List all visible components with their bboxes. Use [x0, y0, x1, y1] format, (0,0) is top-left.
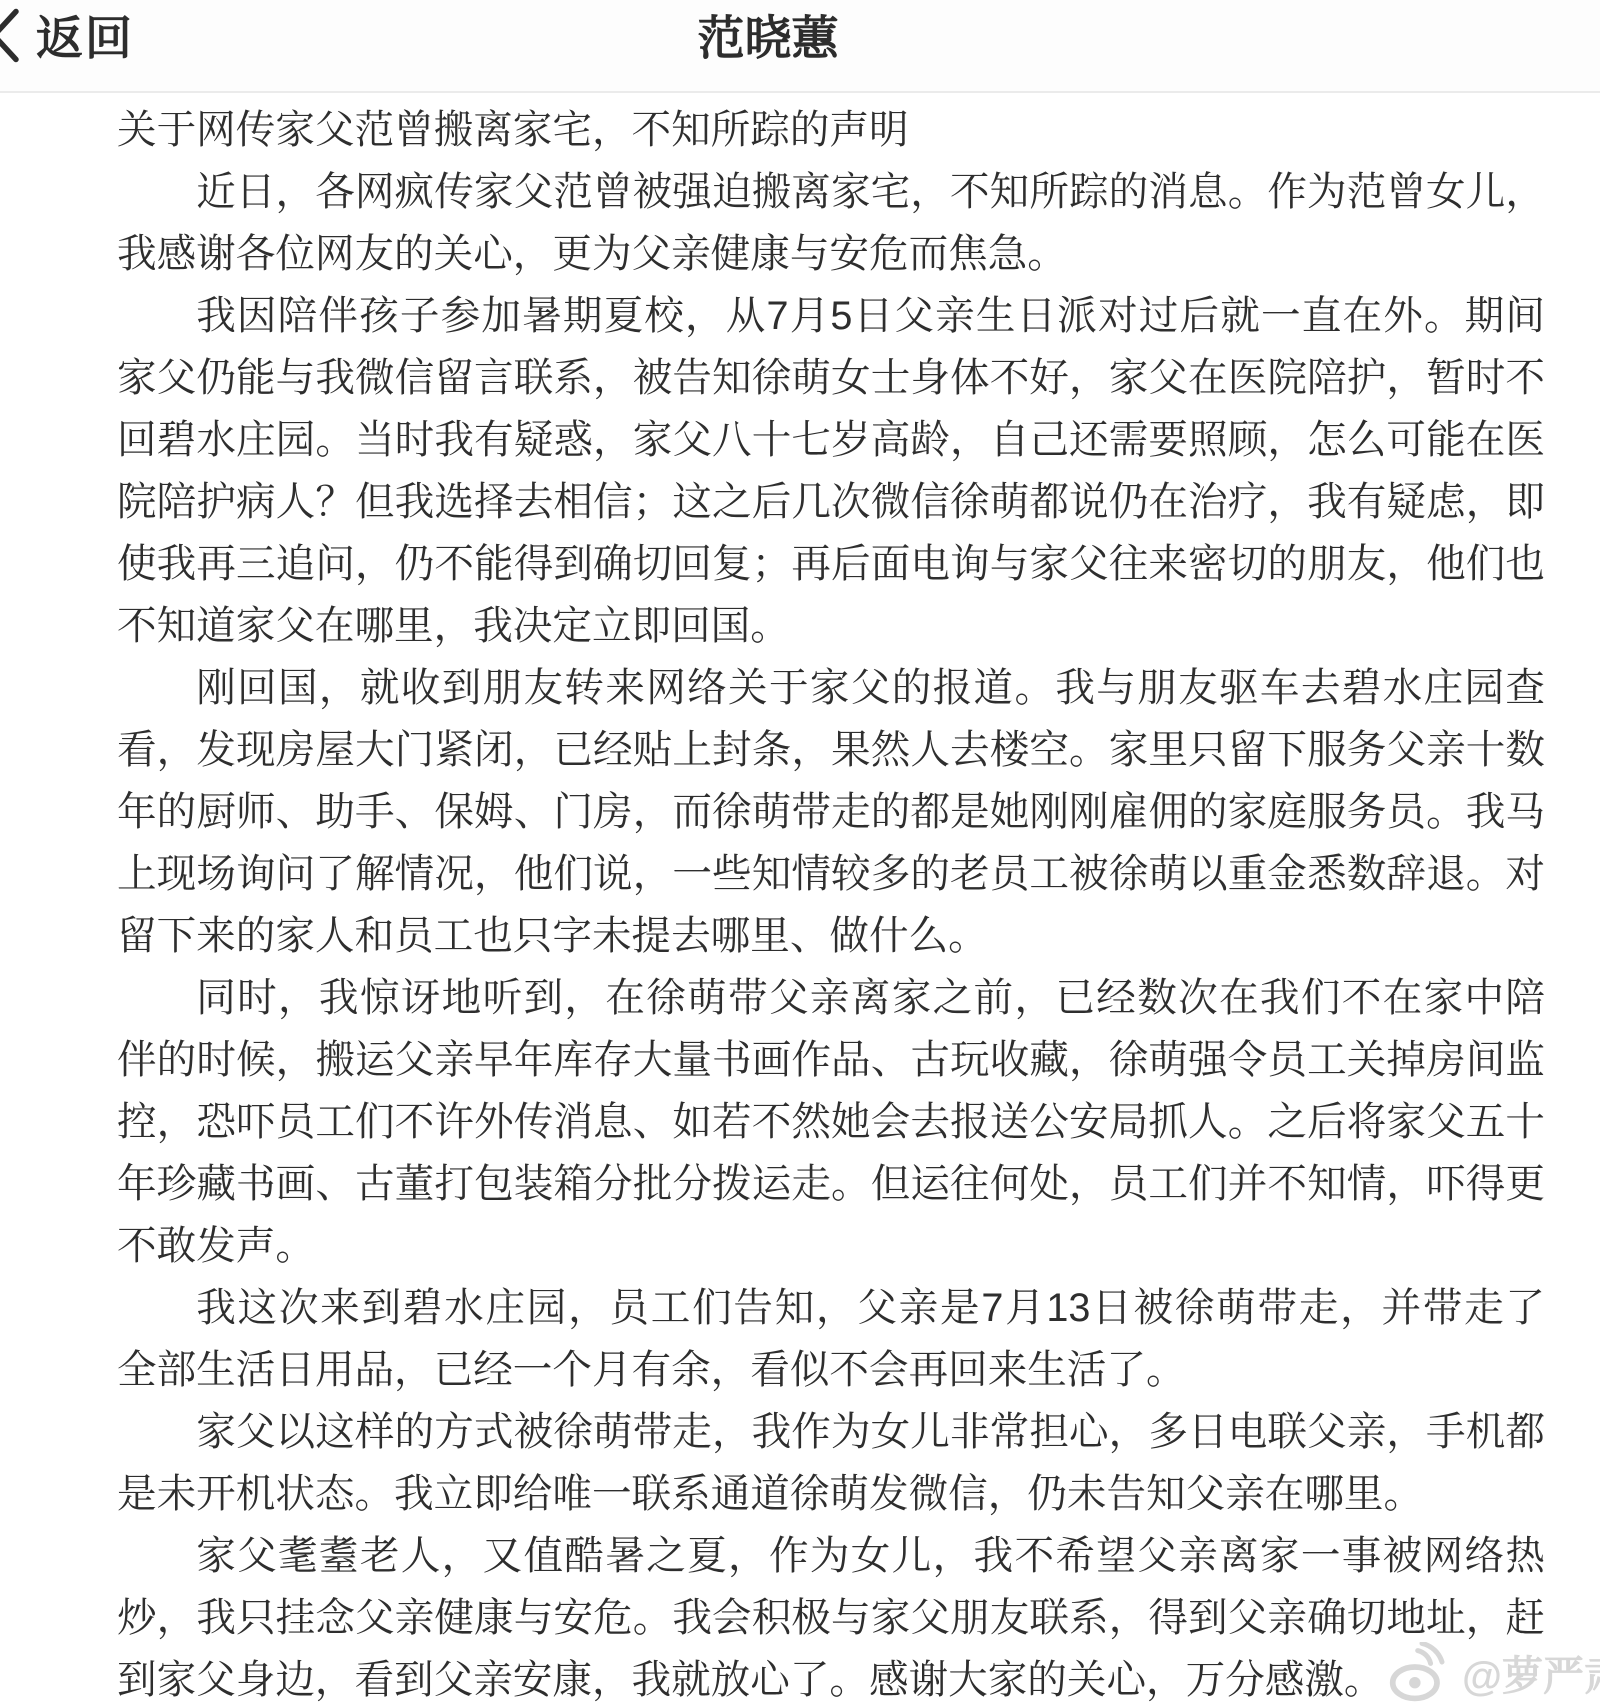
- article-line: 年珍藏书画、古董打包装箱分批分拨运走。但运往何处，员工们并不知情，吓得更: [117, 1153, 1545, 1215]
- back-label: 返回: [36, 2, 134, 69]
- article-line: 家父以这样的方式被徐萌带走，我作为女儿非常担心，多日电联父亲，手机都: [117, 1401, 1545, 1463]
- article-line: 不敢发声。: [117, 1215, 1545, 1277]
- article-line: 控，恐吓员工们不许外传消息、如若不然她会去报送公安局抓人。之后将家父五十: [117, 1091, 1545, 1153]
- article-line: 炒，我只挂念父亲健康与安危。我会积极与家父朋友联系，得到父亲确切地址，赶: [117, 1587, 1545, 1649]
- page-title: 范晓蕙: [698, 2, 839, 69]
- watermark-handle: @萝严肃: [1462, 1643, 1600, 1702]
- article-line: 使我再三追问，仍不能得到确切回复；再后面电询与家父往来密切的朋友，他们也: [117, 533, 1545, 595]
- article-line: 我因陪伴孩子参加暑期夏校，从7月5日父亲生日派对过后就一直在外。期间: [117, 285, 1545, 347]
- chevron-left-icon: [0, 6, 24, 64]
- article-line: 不知道家父在哪里，我决定立即回国。: [117, 595, 1545, 657]
- article-line: 家父仍能与我微信留言联系，被告知徐萌女士身体不好，家父在医院陪护，暂时不: [117, 347, 1545, 409]
- article-line: 院陪护病人？但我选择去相信；这之后几次微信徐萌都说仍在治疗，我有疑虑，即: [117, 471, 1545, 533]
- article-line: 全部生活日用品，已经一个月有余，看似不会再回来生活了。: [117, 1339, 1545, 1401]
- article-line: 同时，我惊讶地听到，在徐萌带父亲离家之前，已经数次在我们不在家中陪: [117, 967, 1545, 1029]
- article-line: 近日，各网疯传家父范曾被强迫搬离家宅，不知所踪的消息。作为范曾女儿，: [117, 161, 1545, 223]
- article-paragraphs: 近日，各网疯传家父范曾被强迫搬离家宅，不知所踪的消息。作为范曾女儿，我感谢各位网…: [117, 161, 1546, 1706]
- article: 关于网传家父范曾搬离家宅，不知所踪的声明 近日，各网疯传家父范曾被强迫搬离家宅，…: [0, 93, 1600, 1706]
- watermark: @萝严肃: [1386, 1642, 1600, 1702]
- page: 返回 范晓蕙 关于网传家父范曾搬离家宅，不知所踪的声明 近日，各网疯传家父范曾被…: [0, 0, 1600, 1706]
- article-line: 伴的时候，搬运父亲早年库存大量书画作品、古玩收藏，徐萌强令员工关掉房间监: [117, 1029, 1545, 1091]
- nav-bar: 返回 范晓蕙: [0, 0, 1600, 93]
- article-line: 看，发现房屋大门紧闭，已经贴上封条，果然人去楼空。家里只留下服务父亲十数: [117, 719, 1545, 781]
- article-line: 上现场询问了解情况，他们说，一些知情较多的老员工被徐萌以重金悉数辞退。对: [117, 843, 1545, 905]
- article-line: 家父耄耋老人，又值酷暑之夏，作为女儿，我不希望父亲离家一事被网络热: [117, 1525, 1545, 1587]
- article-line: 留下来的家人和员工也只字未提去哪里、做什么。: [117, 905, 1545, 967]
- back-button[interactable]: 返回: [0, 2, 134, 69]
- article-line: 我这次来到碧水庄园，员工们告知，父亲是7月13日被徐萌带走，并带走了: [117, 1277, 1545, 1339]
- article-line: 年的厨师、助手、保姆、门房，而徐萌带走的都是她刚刚雇佣的家庭服务员。我马: [117, 781, 1545, 843]
- weibo-logo-icon: [1386, 1642, 1462, 1702]
- article-line: 是未开机状态。我立即给唯一联系通道徐萌发微信，仍未告知父亲在哪里。: [117, 1463, 1545, 1525]
- article-heading: 关于网传家父范曾搬离家宅，不知所踪的声明: [117, 99, 1545, 161]
- article-line: 刚回国，就收到朋友转来网络关于家父的报道。我与朋友驱车去碧水庄园查: [117, 657, 1545, 719]
- article-line: 回碧水庄园。当时我有疑惑，家父八十七岁高龄，自己还需要照顾，怎么可能在医: [117, 409, 1545, 471]
- article-line: 我感谢各位网友的关心，更为父亲健康与安危而焦急。: [117, 223, 1545, 285]
- article-line: 到家父身边，看到父亲安康，我就放心了。感谢大家的关心，万分感激。: [117, 1649, 1545, 1706]
